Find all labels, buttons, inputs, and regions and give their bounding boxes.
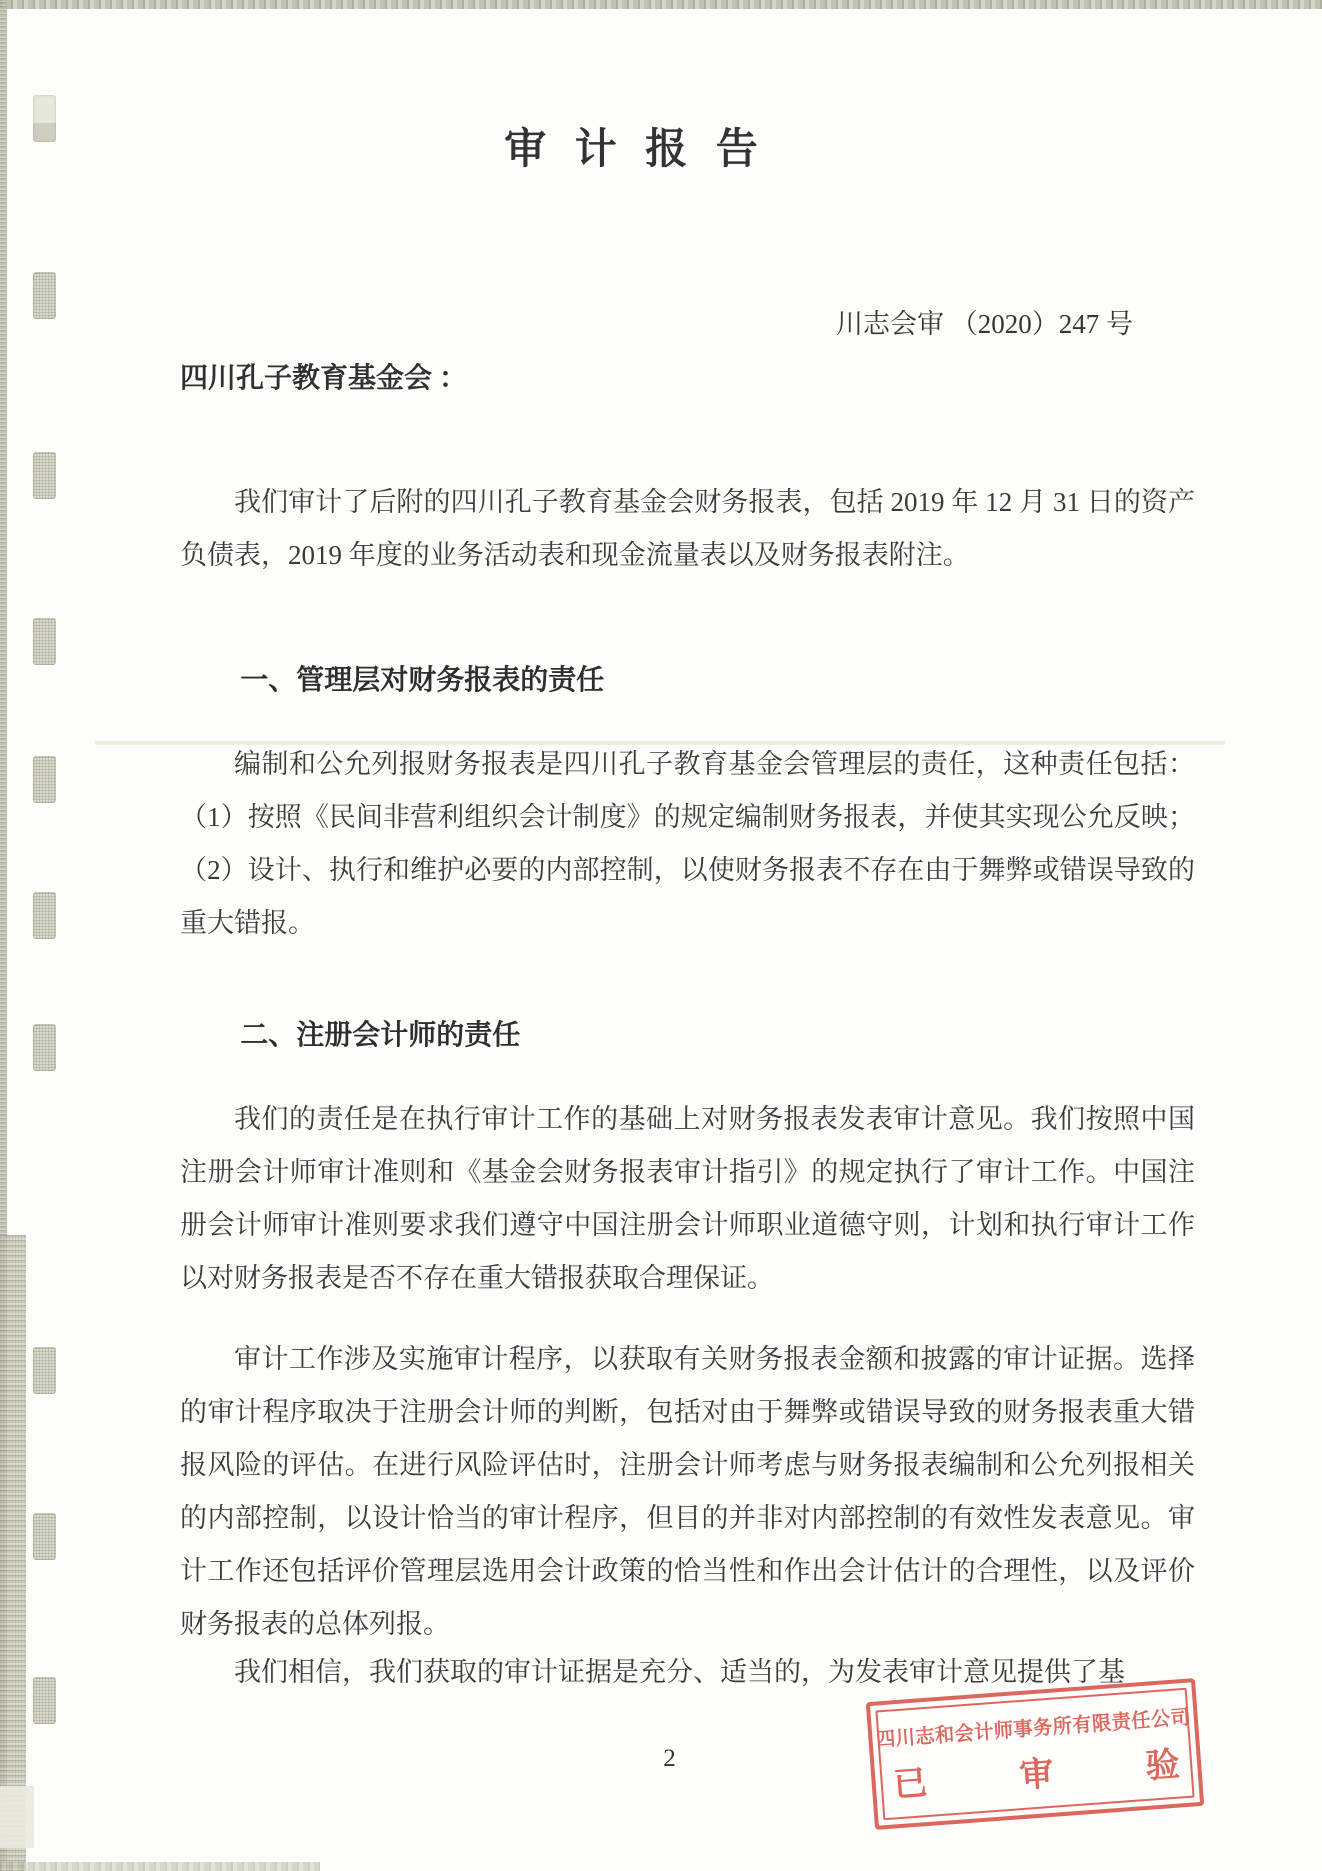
reference-number: 川志会审 （2020）247 号 [180,306,1195,342]
intro-paragraph: 我们审计了后附的四川孔子教育基金会财务报表，包括 2019 年 12 月 31 … [180,476,1195,582]
scan-edge-bottom [0,1862,320,1871]
auditor-responsibility-paragraph-1: 我们的责任是在执行审计工作的基础上对财务报表发表审计意见。我们按照中国注册会计师… [180,1093,1195,1305]
scan-edge-left-lower [0,1235,26,1871]
audit-stamp-inner: 四川志和会计师事务所有限责任公司 已 审 验 [875,1688,1194,1821]
auditor-responsibility-paragraph-2: 审计工作涉及实施审计程序，以获取有关财务报表金额和披露的审计证据。选择的审计程序… [180,1333,1195,1651]
binding-hole [33,95,56,142]
section-heading-auditor-responsibility: 二、注册会计师的责任 [180,1013,1195,1053]
binding-hole [33,1347,56,1394]
binding-hole [33,272,56,319]
document-title: 审 计 报 告 [128,116,1143,176]
binding-hole [33,756,56,803]
audit-stamp: 四川志和会计师事务所有限责任公司 已 审 验 [866,1678,1204,1830]
binding-hole [33,1024,56,1071]
addressee-salutation: 四川孔子教育基金会 ： [180,356,1195,396]
binding-hole [33,1677,56,1724]
binding-hole [33,452,56,499]
binding-hole [33,892,56,939]
binding-hole [33,1513,56,1560]
document-page: 审 计 报 告 川志会审 （2020）247 号 四川孔子教育基金会 ： 我们审… [0,0,1322,1871]
binding-hole [33,618,56,665]
scan-edge-left-notch [0,1786,34,1848]
section-heading-management-responsibility: 一、管理层对财务报表的责任 [180,658,1195,698]
scan-edge-top [0,0,1322,9]
management-responsibility-paragraph: 编制和公允列报财务报表是四川孔子教育基金会管理层的责任，这种责任包括：（1）按照… [180,738,1195,950]
